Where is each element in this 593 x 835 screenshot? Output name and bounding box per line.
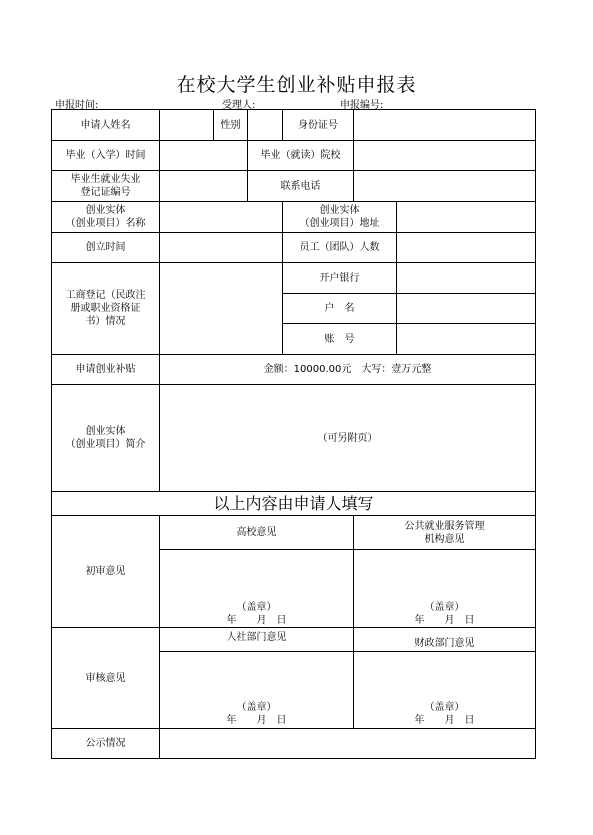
- intro-field[interactable]: （可另附页）: [160, 385, 535, 491]
- registration-label-line1: 工商登记（民政注: [66, 289, 146, 302]
- intro-label-line1: 创业实体: [86, 425, 126, 438]
- page-title: 在校大学生创业补贴申报表: [0, 70, 593, 97]
- registration-field[interactable]: [160, 263, 282, 354]
- entity-address-label-line2: （创业项目）地址: [300, 217, 380, 230]
- entity-address-field[interactable]: [397, 202, 535, 232]
- id-number-field[interactable]: [354, 110, 535, 140]
- date-text: 年 月 日: [160, 714, 353, 727]
- applicant-name-label: 申请人姓名: [52, 110, 159, 140]
- gender-field[interactable]: [248, 110, 282, 140]
- stamp-text: （盖章）: [160, 701, 353, 714]
- account-name-label: 户 名: [283, 294, 396, 323]
- gender-label: 性别: [214, 110, 247, 140]
- entity-name-label: 创业实体 （创业项目）名称: [52, 202, 159, 232]
- applicant-name-field[interactable]: [160, 110, 213, 140]
- account-number-label: 账 号: [283, 324, 396, 354]
- publicity-field[interactable]: [160, 729, 535, 758]
- staff-count-label: 员工（团队）人数: [283, 233, 396, 262]
- founded-time-field[interactable]: [160, 233, 282, 262]
- divider: [51, 758, 536, 759]
- phone-label: 联系电话: [248, 171, 353, 201]
- employment-cert-label-line2: 登记证编号: [81, 186, 131, 199]
- phone-field[interactable]: [354, 171, 535, 201]
- finance-opinion-field[interactable]: （盖章） 年 月 日: [354, 652, 535, 728]
- account-number-field[interactable]: [397, 324, 535, 354]
- employment-service-opinion-field[interactable]: （盖章） 年 月 日: [354, 550, 535, 627]
- subsidy-amount[interactable]: 金额：10000.00元 大写：壹万元整: [160, 355, 535, 384]
- entity-address-label: 创业实体 （创业项目）地址: [283, 202, 396, 232]
- employment-service-label-line1: 公共就业服务管理: [405, 520, 485, 533]
- bank-field[interactable]: [397, 263, 535, 293]
- divider: [535, 109, 536, 759]
- founded-time-label: 创立时间: [52, 233, 159, 262]
- hr-opinion-label: 人社部门意见: [160, 628, 353, 647]
- employment-service-opinion-label: 公共就业服务管理 机构意见: [354, 516, 535, 549]
- stamp-text: （盖章）: [354, 601, 535, 614]
- intro-label-line2: （创业项目）简介: [66, 438, 146, 451]
- employment-cert-label: 毕业生就业失业 登记证编号: [52, 171, 159, 201]
- registration-label-line2: 册或职业资格证: [71, 302, 141, 315]
- finance-opinion-label: 财政部门意见: [354, 636, 535, 651]
- entity-name-label-line1: 创业实体: [86, 204, 126, 217]
- registration-label-line3: 书）情况: [86, 315, 126, 328]
- stamp-text: （盖章）: [354, 701, 535, 714]
- school-opinion-label: 高校意见: [160, 516, 353, 549]
- initial-review-label: 初审意见: [52, 516, 159, 627]
- publicity-label: 公示情况: [52, 729, 159, 758]
- date-text: 年 月 日: [354, 714, 535, 727]
- school-label: 毕业（就读）院校: [248, 141, 353, 170]
- id-number-label: 身份证号: [283, 110, 353, 140]
- registration-label: 工商登记（民政注 册或职业资格证 书）情况: [52, 263, 159, 354]
- employment-service-label-line2: 机构意见: [425, 533, 465, 546]
- account-name-field[interactable]: [397, 294, 535, 323]
- entity-name-field[interactable]: [160, 202, 282, 232]
- employment-cert-field[interactable]: [160, 171, 247, 201]
- subsidy-label: 申请创业补贴: [52, 355, 159, 384]
- entity-address-label-line1: 创业实体: [320, 204, 360, 217]
- applicant-fill-note: 以上内容由申请人填写: [52, 492, 535, 515]
- final-review-label: 审核意见: [52, 628, 159, 728]
- school-field[interactable]: [354, 141, 535, 170]
- stamp-text: （盖章）: [160, 601, 353, 614]
- entity-name-label-line2: （创业项目）名称: [66, 217, 146, 230]
- hr-opinion-field[interactable]: （盖章） 年 月 日: [160, 652, 353, 728]
- date-text: 年 月 日: [354, 614, 535, 627]
- staff-count-field[interactable]: [397, 233, 535, 262]
- school-opinion-field[interactable]: （盖章） 年 月 日: [160, 550, 353, 627]
- intro-label: 创业实体 （创业项目）简介: [52, 385, 159, 491]
- graduation-time-label: 毕业（入学）时间: [52, 141, 159, 170]
- date-text: 年 月 日: [160, 614, 353, 627]
- graduation-time-field[interactable]: [160, 141, 247, 170]
- employment-cert-label-line1: 毕业生就业失业: [71, 173, 141, 186]
- bank-label: 开户银行: [283, 263, 396, 293]
